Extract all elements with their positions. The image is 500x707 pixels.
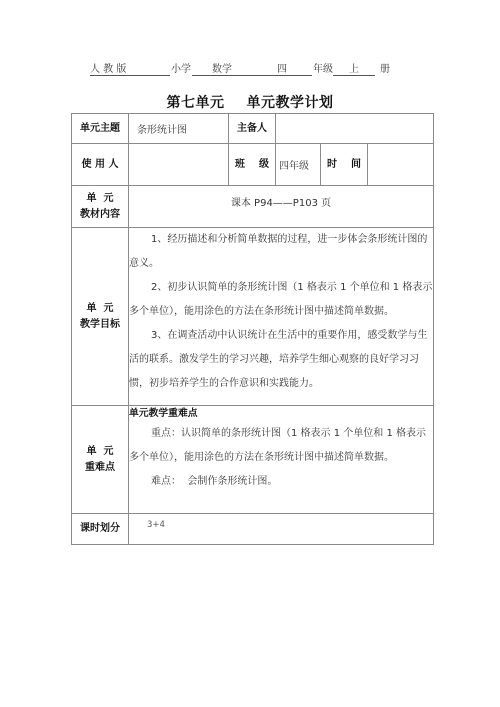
material-label-line2: 教材内容: [72, 207, 128, 223]
row-material: 单 元 教材内容 课本 P94——P103 页: [72, 186, 434, 228]
topic-value: 条形统计图: [129, 114, 229, 144]
publisher: 人 教 版: [90, 60, 170, 76]
row-goals: 单 元 教学目标 1、经历描述和分析简单数据的过程，进一步体会条形统计图的意义。…: [72, 228, 434, 406]
volume-suffix: 册: [380, 60, 390, 75]
user-label: 使 用 人: [72, 144, 129, 186]
row-periods: 课时划分 3+4: [72, 514, 434, 545]
user-value: [129, 144, 229, 186]
goals-label-line1: 单 元: [72, 301, 128, 317]
class-value: 四年级: [276, 144, 321, 186]
goal-item-3: 3、在调查活动中认识统计在生活中的重要作用，感受数学与生活的联系。激发学生的学习…: [129, 324, 433, 396]
goal-item-2: 2、初步认识简单的条形统计图（1 格表示 1 个单位和 1 格表示多个单位），能…: [129, 276, 433, 324]
keypoints-heading: 单元教学重难点: [129, 406, 433, 422]
preparer-label: 主备人: [229, 114, 276, 144]
row-user: 使 用 人 班 级 四年级 时 间: [72, 144, 434, 186]
goals-content: 1、经历描述和分析简单数据的过程，进一步体会条形统计图的意义。 2、初步认识简单…: [129, 228, 434, 406]
page-title: 第七单元单元教学计划: [0, 92, 500, 112]
keypoints-label: 单 元 重难点: [72, 406, 129, 514]
material-label: 单 元 教材内容: [72, 186, 129, 228]
preparer-value: [276, 114, 434, 144]
goals-label: 单 元 教学目标: [72, 228, 129, 406]
keypoints-content: 单元教学重难点 重点：认识简单的条形统计图（1 格表示 1 个单位和 1 格表示…: [129, 406, 434, 514]
keypoints-label-line2: 重难点: [72, 460, 128, 476]
school-level: 小学: [171, 60, 191, 75]
unit-title: 第七单元: [167, 95, 225, 111]
periods-value: 3+4: [129, 514, 434, 545]
row-topic: 单元主题 条形统计图 主备人: [72, 114, 434, 144]
class-label: 班 级: [229, 144, 276, 186]
material-value: 课本 P94——P103 页: [129, 186, 434, 228]
grade-suffix: 年级: [313, 60, 333, 75]
keypoints-difficulty: 难点： 会制作条形统计图。: [129, 470, 433, 494]
unit-plan-table: 单元主题 条形统计图 主备人 使 用 人 班 级 四年级 时 间 单 元 教材内…: [71, 113, 434, 545]
topic-label: 单元主题: [72, 114, 129, 144]
keypoints-key: 重点：认识简单的条形统计图（1 格表示 1 个单位和 1 格表示多个单位），能用…: [129, 422, 433, 470]
goal-item-1: 1、经历描述和分析简单数据的过程，进一步体会条形统计图的意义。: [129, 228, 433, 276]
time-value: [368, 144, 434, 186]
document-header: 人 教 版 小学 数学 四 年级 上 册: [0, 60, 500, 76]
subject: 数学: [192, 60, 252, 76]
material-label-line1: 单 元: [72, 191, 128, 207]
row-keypoints: 单 元 重难点 单元教学重难点 重点：认识简单的条形统计图（1 格表示 1 个单…: [72, 406, 434, 514]
periods-label: 课时划分: [72, 514, 129, 545]
goals-label-line2: 教学目标: [72, 317, 128, 333]
plan-title: 单元教学计划: [247, 95, 334, 111]
grade: 四: [252, 60, 312, 76]
keypoints-label-line1: 单 元: [72, 444, 128, 460]
time-label: 时 间: [321, 144, 368, 186]
volume: 上: [333, 60, 375, 76]
